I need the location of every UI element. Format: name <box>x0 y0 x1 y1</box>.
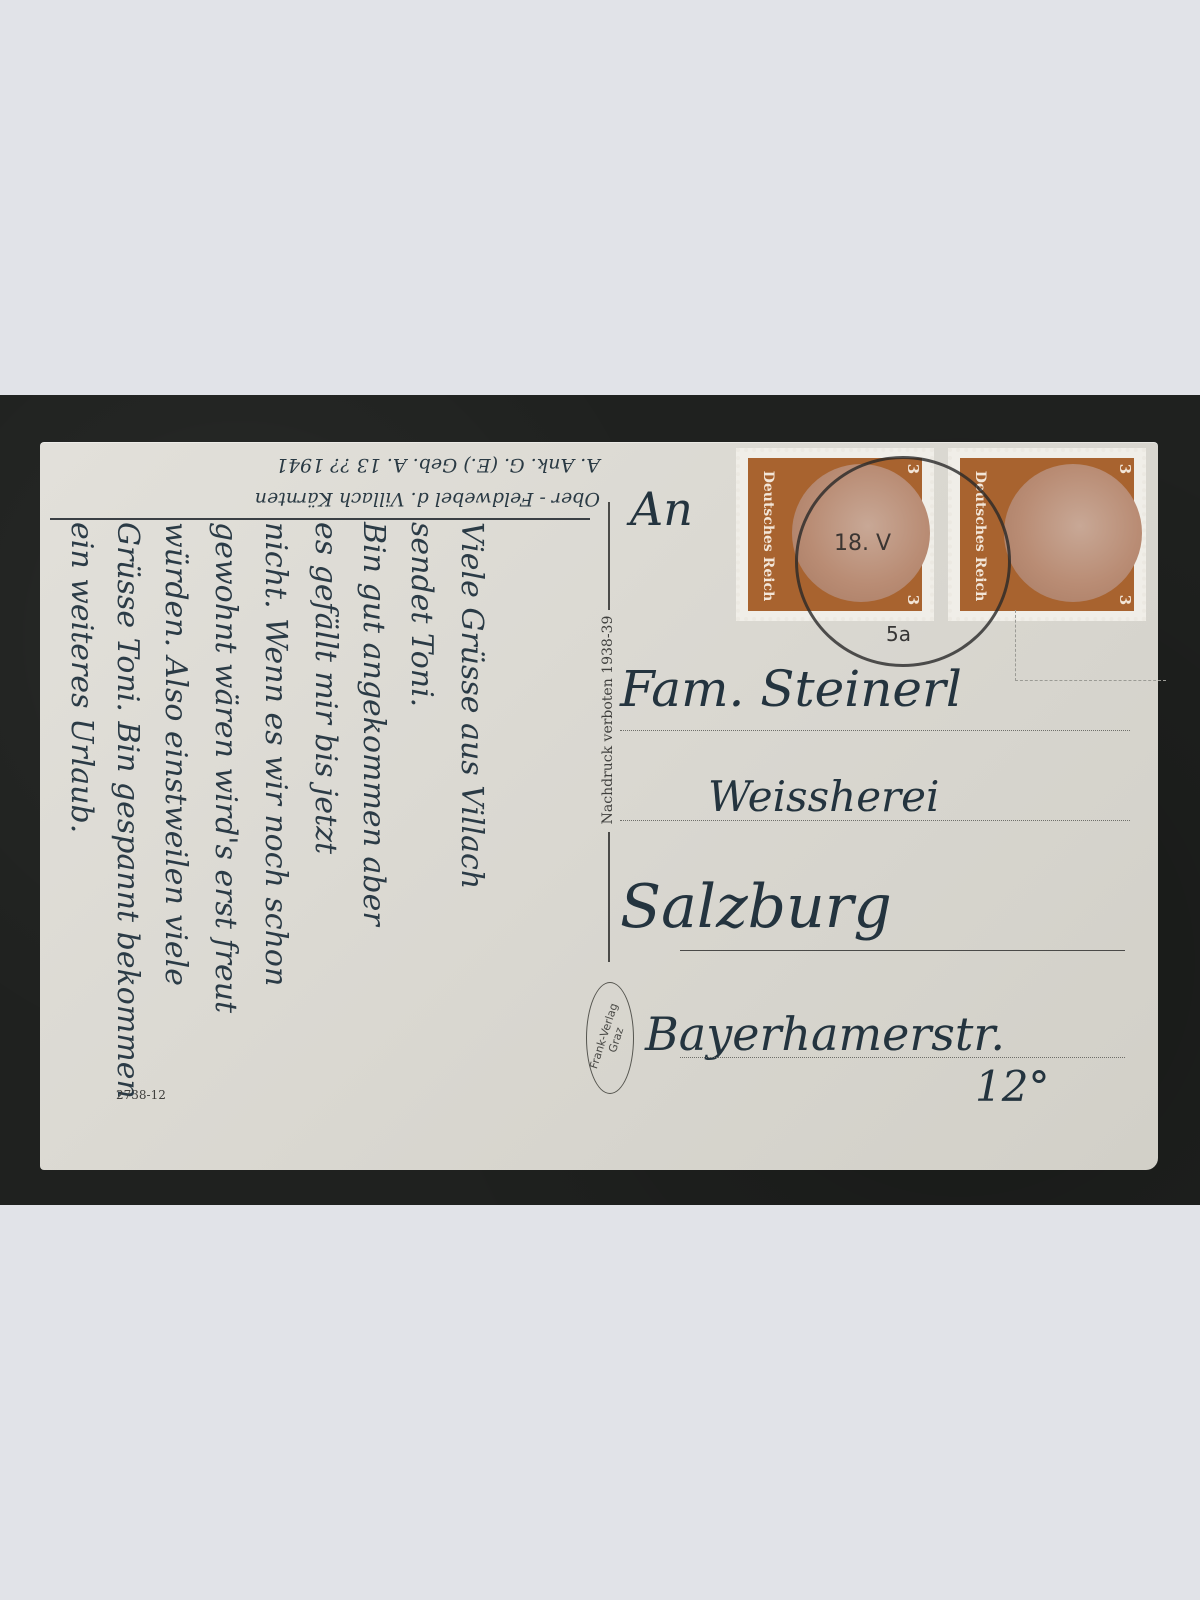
postmark-code: 5a <box>886 622 911 646</box>
address-number: 12° <box>975 1062 1049 1111</box>
address-recipient: Fam. Steinerl <box>620 660 962 718</box>
message-line: Viele Grüsse aus Villach <box>446 522 496 1162</box>
handwritten-message: Viele Grüsse aus Villach sendet Toni. Bi… <box>48 522 568 1162</box>
publisher-mark: Frank-Verlag Graz <box>586 982 634 1094</box>
return-address-line: Ober - Feldwebel d. Villach Kärnten <box>60 482 600 516</box>
message-line: sendet Toni. <box>396 522 446 1162</box>
address-city: Salzburg <box>620 872 892 942</box>
message-line: ein weiteres Urlaub. <box>56 522 106 1162</box>
message-line: Bin gut angekommen aber <box>348 522 398 1162</box>
message-line: würden. Also einstweilen viele <box>150 522 200 1162</box>
return-address: Ober - Feldwebel d. Villach Kärnten A. A… <box>60 442 600 516</box>
portrait-medallion <box>1004 464 1142 602</box>
postmark-date: 18. V <box>834 531 891 556</box>
message-line: es gefällt mir bis jetzt <box>300 522 350 1162</box>
address-salutation: An <box>630 482 693 536</box>
postmark: 18. V 5a <box>795 456 1011 667</box>
message-line: gewohnt wären wird's erst freut <box>200 522 250 1162</box>
catalog-number: 2738-12 <box>116 1088 166 1102</box>
message-line: Grüsse Toni. Bin gespannt bekommen <box>102 522 152 1162</box>
copyright-notice: Nachdruck verboten 1938-39 <box>588 620 628 820</box>
return-address-line: A. Ank. G. (E.) Geb. A. 13 ?? 1941 <box>60 448 600 482</box>
header-divider <box>50 518 590 520</box>
address-street: Bayerhamerstr. <box>645 1007 1005 1061</box>
address-line-2: Weissherei <box>708 772 939 821</box>
message-line: nicht. Wenn es wir noch schon <box>250 522 300 1162</box>
stamp-placement-box <box>1015 610 1166 681</box>
